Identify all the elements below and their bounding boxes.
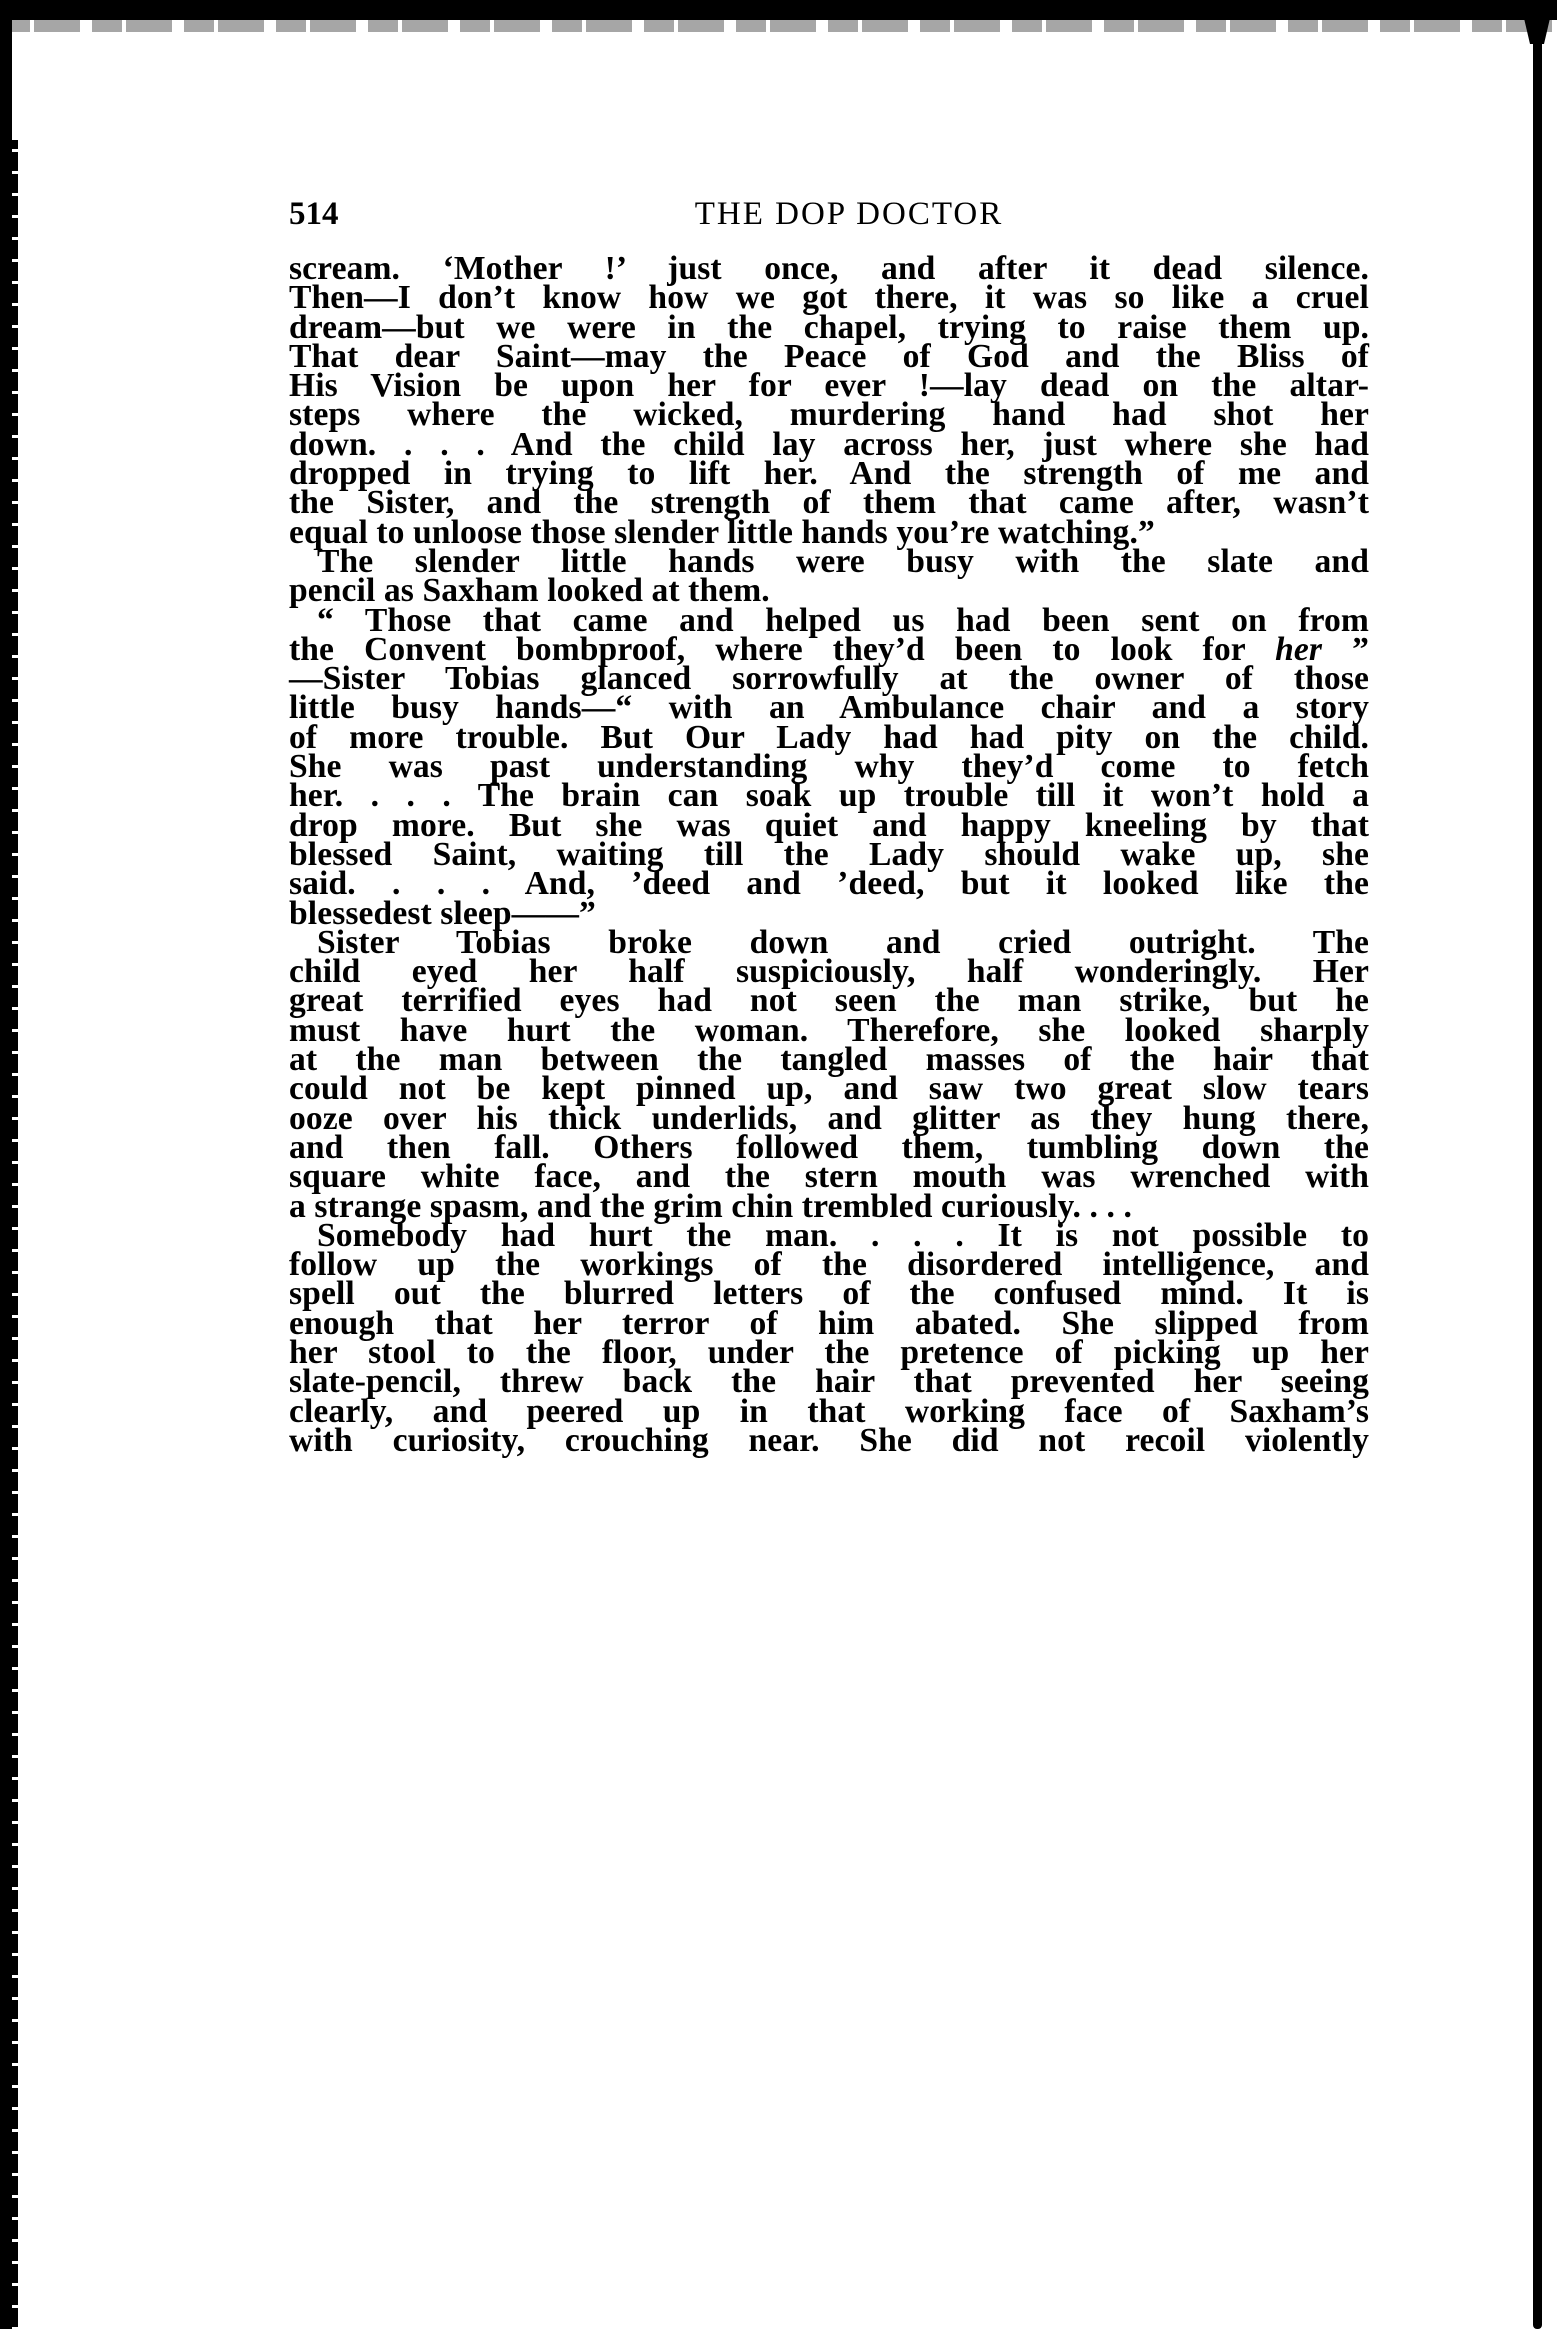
running-title: THE DOP DOCTOR bbox=[289, 196, 1369, 233]
book-binding-edge bbox=[1533, 14, 1542, 2329]
scan-top-border bbox=[0, 0, 1557, 20]
paragraph: “ Those that came and helped us had been… bbox=[289, 606, 1369, 928]
paragraph: The slender little hands were busy with … bbox=[289, 547, 1369, 606]
paragraph: Sister Tobias broke down and cried outri… bbox=[289, 928, 1369, 1221]
running-head: 514 THE DOP DOCTOR bbox=[289, 196, 1369, 246]
text-line: with curiosity, crouching near. She did … bbox=[289, 1426, 1369, 1455]
scan-left-border bbox=[0, 0, 12, 2329]
scan-left-border-texture bbox=[12, 140, 18, 2329]
body-text: scream. ‘Mother !’ just once, and after … bbox=[289, 254, 1369, 1455]
paragraph: Somebody had hurt the man. . . . It is n… bbox=[289, 1221, 1369, 1455]
paragraph: scream. ‘Mother !’ just once, and after … bbox=[289, 254, 1369, 547]
book-page: 514 THE DOP DOCTOR scream. ‘Mother !’ ju… bbox=[289, 196, 1369, 1455]
